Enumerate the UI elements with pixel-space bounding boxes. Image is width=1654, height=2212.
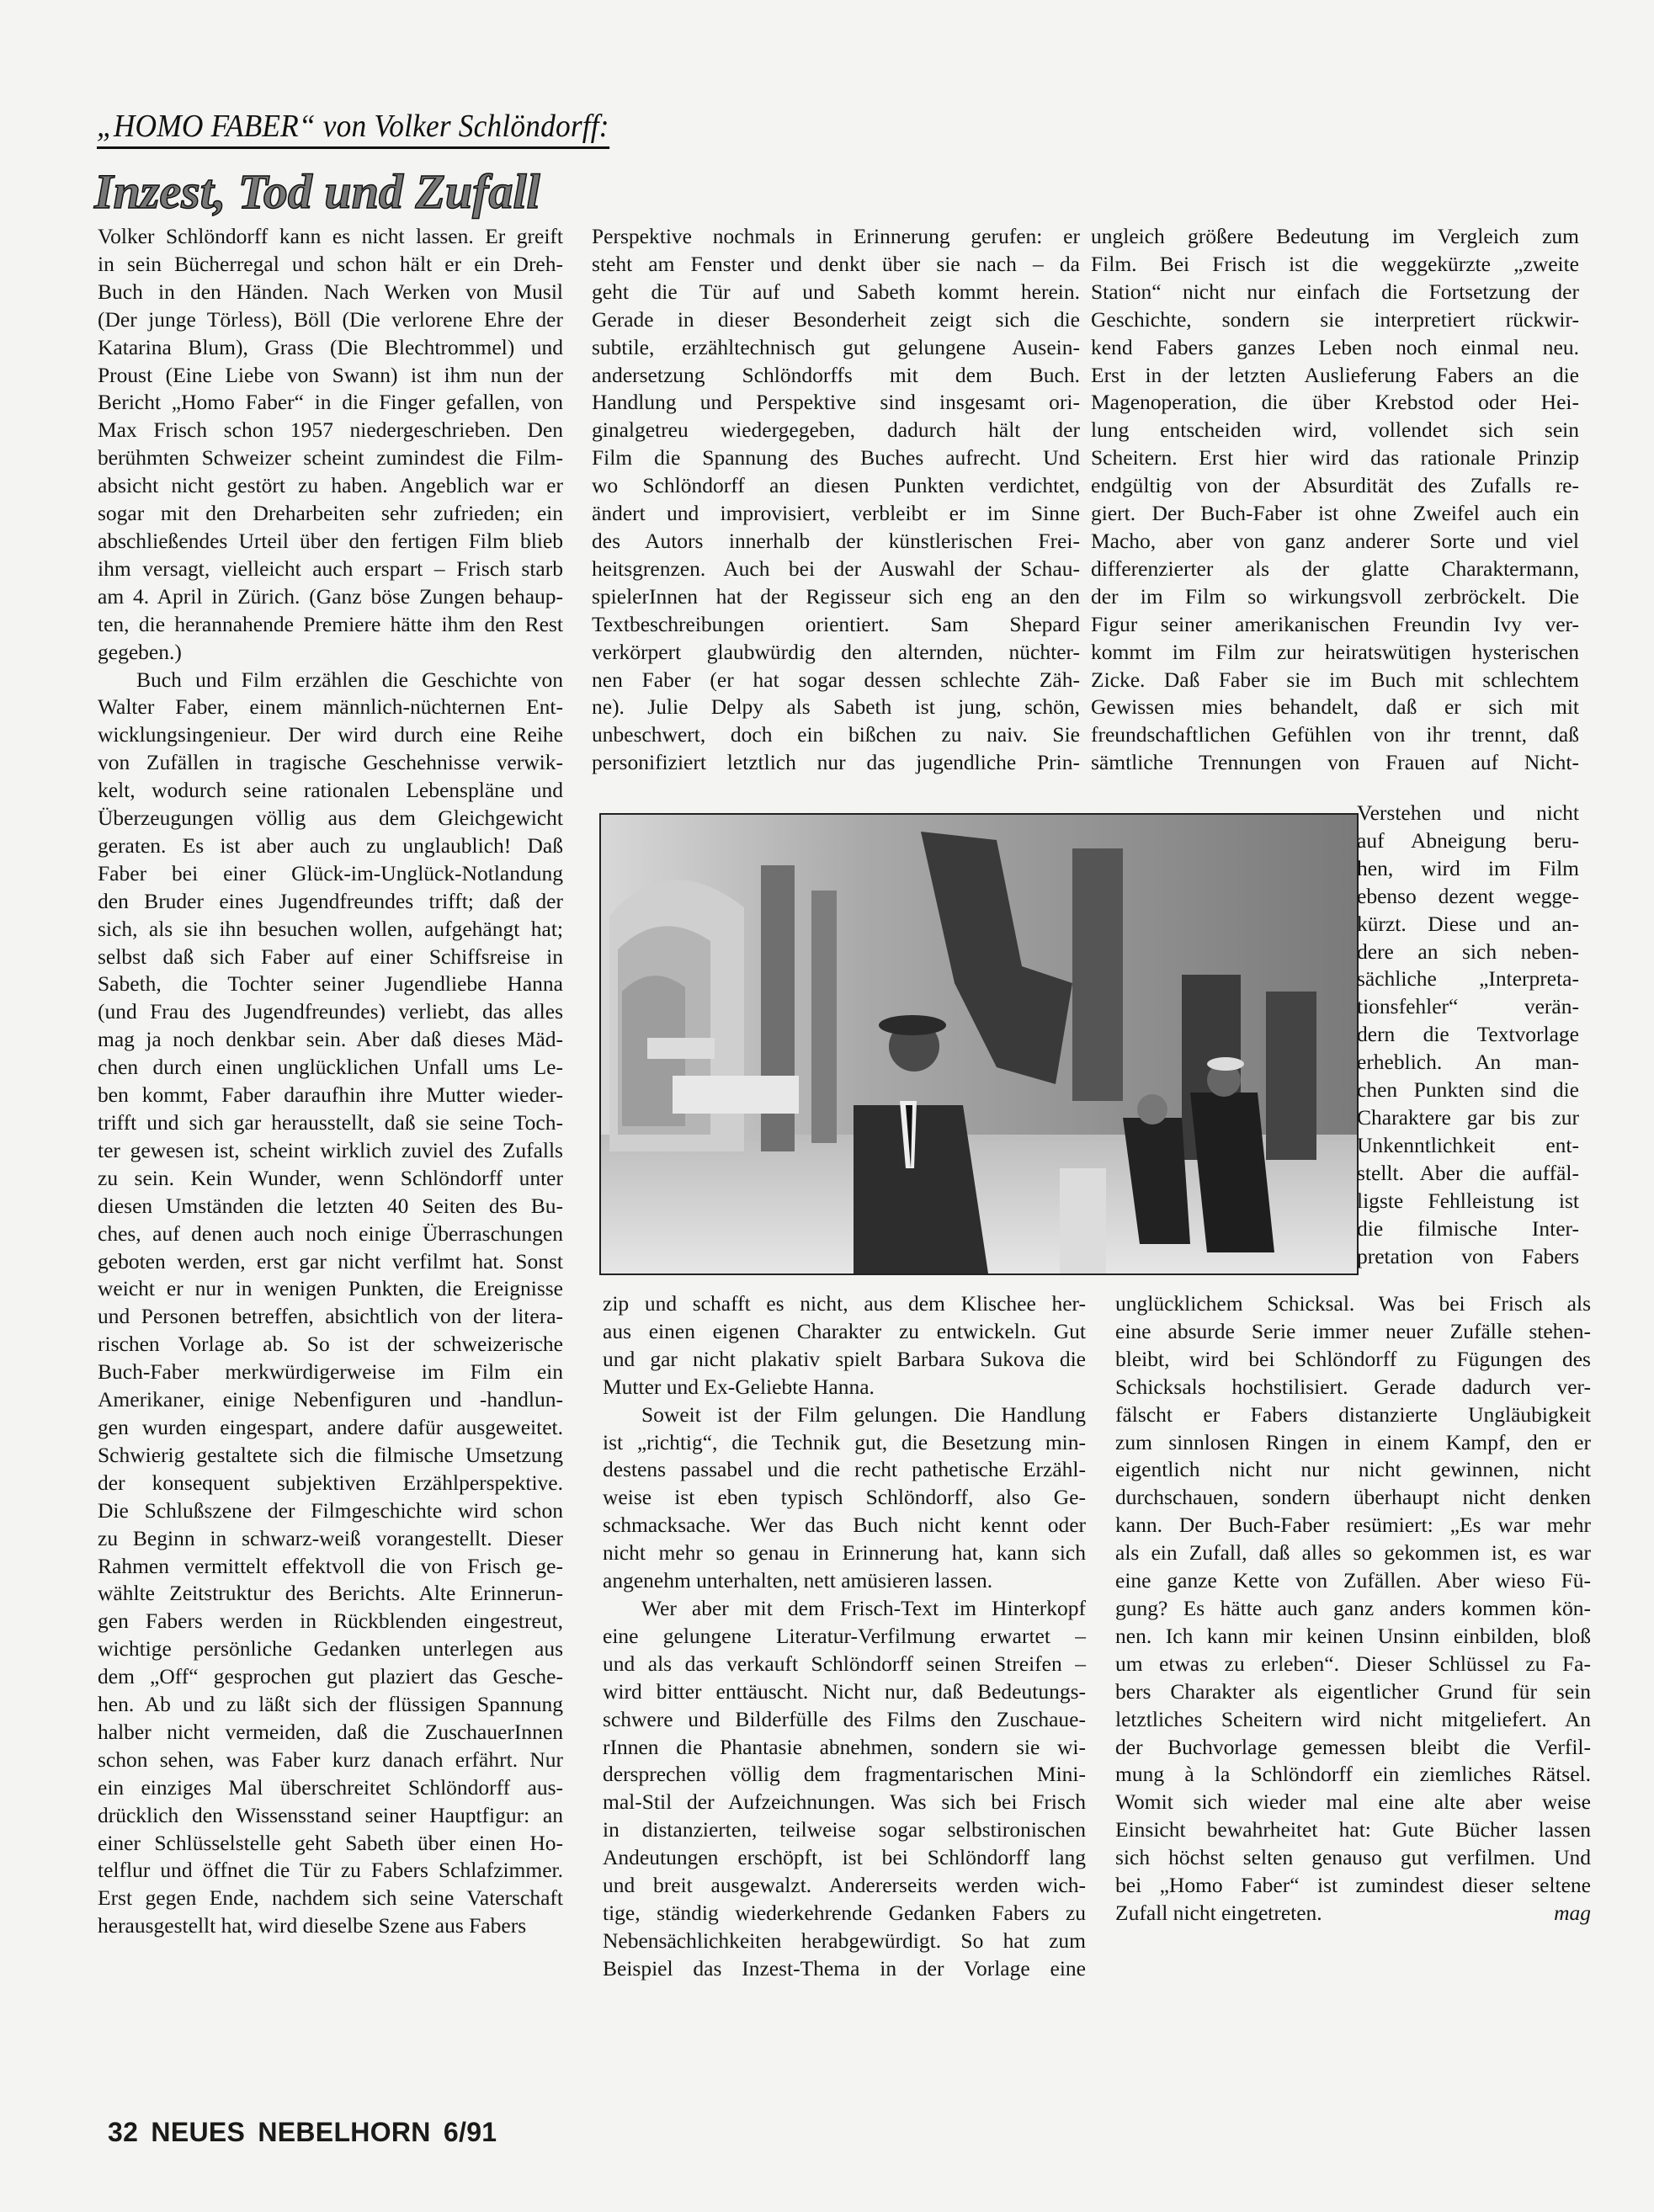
text-line: Erst gegen Ende, nachdem sich seine Vate…: [98, 1885, 563, 1912]
text-line: Andeutungen erschöpft, ist bei Schlöndor…: [603, 1844, 1086, 1872]
text-line: schmacksache. Wer das Buch nicht kennt o…: [603, 1512, 1086, 1539]
text-line: der im Film so wirkungsvoll zerbröckelt.…: [1091, 583, 1579, 611]
text-line: und als das verkauft Schlöndorff seinen …: [603, 1651, 1086, 1678]
text-line: durchschauen, sondern überhaupt nicht de…: [1115, 1484, 1591, 1512]
text-line: Zufall nicht eingetreten.mag: [1115, 1900, 1591, 1928]
text-line: Sabeth, die Tochter seiner Jugendliebe H…: [98, 970, 563, 998]
text-line: Schwierig gestaltete sich die filmische …: [98, 1442, 563, 1470]
text-line: spielerInnen hat der Regisseur sich eng …: [592, 583, 1080, 611]
text-line: Bericht „Homo Faber“ in die Finger gefal…: [98, 389, 563, 417]
text-line: auf Abneigung beru-: [1357, 827, 1579, 855]
text-line: Amerikaner, einige Nebenfiguren und -han…: [98, 1386, 563, 1414]
text-line: Womit sich wieder mal eine alte aber wei…: [1115, 1789, 1591, 1816]
text-line: ne). Julie Delpy als Sabeth ist jung, sc…: [592, 694, 1080, 721]
page-number: 32: [108, 2117, 138, 2147]
text-line: eigentlich nicht nur nicht gewinnen, nic…: [1115, 1456, 1591, 1484]
text-line: schwere und Bilderfülle des Films den Zu…: [603, 1706, 1086, 1734]
text-line: Nebensächlichkeiten herabgewürdigt. So h…: [603, 1928, 1086, 1955]
text-line: ihm versagt, vielleicht auch erspart – F…: [98, 556, 563, 583]
text-line: freundschaftlichen Gefühlen von ihr tren…: [1091, 721, 1579, 749]
text-line: geht die Tür auf und Sabeth kommt herein…: [592, 279, 1080, 306]
text-line: Max Frisch schon 1957 niedergeschrieben.…: [98, 417, 563, 444]
text-line: angenehm unterhalten, nett amüsieren las…: [603, 1567, 1086, 1595]
text-line: geraten. Es ist aber auch zu unglaublich…: [98, 832, 563, 860]
text-line: Gerade in dieser Besonderheit zeigt sich…: [592, 306, 1080, 334]
text-line: gen wurden eingespart, andere dafür ausg…: [98, 1414, 563, 1442]
author-signature: mag: [1554, 1900, 1591, 1928]
page-footer: 32 NEUES NEBELHORN 6/91: [108, 2117, 497, 2148]
text-line: diesen Umständen die letzten 40 Seiten d…: [98, 1193, 563, 1220]
text-line: sich, als sie ihn besuchen wollen, aufge…: [98, 916, 563, 944]
text-line: Soweit ist der Film gelungen. Die Handlu…: [603, 1401, 1086, 1429]
text-line: Schicksals hochstilisiert. Gerade dadurc…: [1115, 1374, 1591, 1401]
text-line: chen Punkten sind die: [1357, 1077, 1579, 1104]
film-still-photo: [599, 813, 1359, 1275]
text-line: kommt im Film zur heiratswütigen hysteri…: [1091, 639, 1579, 667]
text-line: eine gelungene Literatur-Verfilmung erwa…: [603, 1623, 1086, 1651]
text-line: Textbeschreibungen orientiert. Sam Shepa…: [592, 611, 1080, 639]
text-line: bers Charakter als eigentlicher Grund fü…: [1115, 1678, 1591, 1706]
text-line: (und Frau des Jugendfreundes) verliebt, …: [98, 998, 563, 1026]
text-line: sogar mit den Dreharbeiten sehr zufriede…: [98, 500, 563, 528]
text-line: ist „richtig“, die Technik gut, die Bese…: [603, 1429, 1086, 1457]
text-line: kelt, wodurch seine rationalen Lebensplä…: [98, 777, 563, 805]
text-line: ungleich größere Bedeutung im Vergleich …: [1091, 223, 1579, 251]
text-line: Charaktere gar bis zur: [1357, 1104, 1579, 1132]
text-line: rischen Vorlage ab. So ist der schweizer…: [98, 1331, 563, 1359]
text-line: fälscht er Fabers distanzierte Ungläubig…: [1115, 1401, 1591, 1429]
photo-image: [601, 815, 1357, 1273]
text-line: Film die Spannung des Buches aufrecht. U…: [592, 444, 1080, 472]
text-line: nicht mehr so genau in Erinnerung hat, k…: [603, 1539, 1086, 1567]
text-line: sächliche „Interpreta-: [1357, 965, 1579, 993]
text-line: berühmten Schweizer scheint zumindest di…: [98, 444, 563, 472]
text-line: halber nicht vermeiden, daß die Zuschaue…: [98, 1719, 563, 1747]
text-line: in sein Bücherregal und schon hält er ei…: [98, 251, 563, 279]
text-line: letztliches Scheitern wird nicht mitgeli…: [1115, 1706, 1591, 1734]
text-line: mal-Stil der Aufzeichnungen. Was sich be…: [603, 1789, 1086, 1816]
text-line: Rahmen vermittelt effektvoll die von Fri…: [98, 1553, 563, 1581]
text-line: die filmische Inter-: [1357, 1215, 1579, 1243]
text-line: ter gewesen ist, scheint wirklich zuviel…: [98, 1137, 563, 1165]
text-line: Volker Schlöndorff kann es nicht lassen.…: [98, 223, 563, 251]
text-line: wicklungsingenieur. Der wird durch eine …: [98, 721, 563, 749]
text-line: abschließendes Urteil über den fertigen …: [98, 528, 563, 556]
text-line: aus einen eigenen Charakter zu entwickel…: [603, 1318, 1086, 1346]
text-line: zu sein. Kein Wunder, wenn Schlöndorff u…: [98, 1165, 563, 1193]
text-line: absicht nicht gestört zu haben. Angeblic…: [98, 472, 563, 500]
text-line: eine absurde Serie immer neuer Zufälle s…: [1115, 1318, 1591, 1346]
text-line: kürzt. Diese und an-: [1357, 911, 1579, 939]
text-line: und breit ausgewalzt. Andererseits werde…: [603, 1872, 1086, 1900]
text-line: und Personen betreffen, absichtlich von …: [98, 1303, 563, 1331]
text-line: wo Schlöndorff an diesen Punkten verdich…: [592, 472, 1080, 500]
text-line: gung? Es hätte auch ganz anders kommen k…: [1115, 1595, 1591, 1623]
text-line: bei „Homo Faber“ ist zumindest dieser se…: [1115, 1872, 1591, 1900]
article-kicker: „HOMO FABER“ von Volker Schlöndorff:: [97, 108, 609, 149]
text-line: ginalgetreu wiedergegeben, dadurch hält …: [592, 417, 1080, 444]
text-line: Handlung und Perspektive sind insgesamt …: [592, 389, 1080, 417]
text-line: nen Faber (er hat sogar dessen schlechte…: [592, 667, 1080, 694]
text-line: Walter Faber, einem männlich-nüchternen …: [98, 694, 563, 721]
text-line: Buch und Film erzählen die Geschichte vo…: [98, 667, 563, 694]
text-line: wählte Zeitstruktur des Berichts. Alte E…: [98, 1580, 563, 1608]
article-column-3-wrap: Verstehen und nichtauf Abneigung beru-he…: [1357, 800, 1579, 1270]
text-line: Perspektive nochmals in Erinnerung geruf…: [592, 223, 1080, 251]
text-line: ligste Fehlleistung ist: [1357, 1188, 1579, 1215]
text-line: (Der junge Törless), Böll (Die verlorene…: [98, 306, 563, 334]
text-line: der konsequent subjektiven Erzählperspek…: [98, 1470, 563, 1497]
text-line: destens passabel und die recht pathetisc…: [603, 1456, 1086, 1484]
text-line: personifiziert letztlich nur das jugendl…: [592, 749, 1080, 777]
text-line: dersprechen völlig dem fragmentarischen …: [603, 1761, 1086, 1789]
text-line: in distanzierten, teilweise sogar selbst…: [603, 1816, 1086, 1844]
text-line: verkörpert glaubwürdig den alternden, nü…: [592, 639, 1080, 667]
text-line: am 4. April in Zürich. (Ganz böse Zungen…: [98, 583, 563, 611]
text-line: drücklich den Wissensstand seiner Hauptf…: [98, 1802, 563, 1830]
text-line: ten, die herannahende Premiere hätte ihm…: [98, 611, 563, 639]
text-line: von Zufällen in tragische Geschehnisse v…: [98, 749, 563, 777]
text-line: weise ist eben typisch Schlöndorff, also…: [603, 1484, 1086, 1512]
text-line: giert. Der Buch-Faber ist ohne Zweifel a…: [1091, 500, 1579, 528]
text-line: als ein Zufall, daß alles so gekommen is…: [1115, 1539, 1591, 1567]
issue-number: 6/91: [444, 2117, 497, 2147]
text-line: Macho, aber von ganz anderer Sorte und v…: [1091, 528, 1579, 556]
text-line: erheblich. An man-: [1357, 1049, 1579, 1077]
text-line: Mutter und Ex-Geliebte Hanna.: [603, 1374, 1086, 1401]
text-line: hen. Ab und zu läßt sich der flüssigen S…: [98, 1691, 563, 1719]
text-line: Katarina Blum), Grass (Die Blechtrommel)…: [98, 334, 563, 362]
text-line: sich höchst selten genauso gut verfilmen…: [1115, 1844, 1591, 1872]
text-line: chen durch einen unglücklichen Unfall um…: [98, 1054, 563, 1082]
text-line: zip und schafft es nicht, aus dem Klisch…: [603, 1290, 1086, 1318]
article-column-3-bottom: unglücklichem Schicksal. Was bei Frisch …: [1115, 1290, 1591, 1928]
text-line: Buch in den Händen. Nach Werken von Musi…: [98, 279, 563, 306]
text-line: ches, auf denen auch noch einige Überras…: [98, 1220, 563, 1248]
text-line: bleibt, wird bei Schlöndorff zu Fügungen…: [1115, 1346, 1591, 1374]
text-line: pretation von Fabers: [1357, 1243, 1579, 1271]
text-line: herausgestellt hat, wird dieselbe Szene …: [98, 1912, 563, 1940]
article-column-1: Volker Schlöndorff kann es nicht lassen.…: [98, 223, 563, 1940]
text-line: schon sehen, was Faber kurz danach erfäh…: [98, 1747, 563, 1774]
text-line: Beispiel das Inzest-Thema in der Vorlage…: [603, 1955, 1086, 1983]
text-line: Gewissen mies behandelt, daß er sich mit: [1091, 694, 1579, 721]
text-line: Proust (Eine Liebe von Swann) ist ihm nu…: [98, 362, 563, 390]
publication-name: NEUES NEBELHORN: [151, 2117, 430, 2147]
text-line: nen. Ich kann mir keinen Unsinn einbilde…: [1115, 1623, 1591, 1651]
text-line: Unkenntlichkeit ent-: [1357, 1132, 1579, 1160]
article-headline: Inzest, Tod und Zufall: [94, 162, 540, 222]
text-line: telflur und öffnet die Tür zu Fabers Sch…: [98, 1857, 563, 1885]
text-line: des Autors innerhalb der künstlerischen …: [592, 528, 1080, 556]
text-line: eine ganze Kette von Zufällen. Aber wies…: [1115, 1567, 1591, 1595]
text-line: und gar nicht plakativ spielt Barbara Su…: [603, 1346, 1086, 1374]
text-line: einer Schlüsselstelle geht Sabeth über e…: [98, 1830, 563, 1858]
text-line: Film. Bei Frisch ist die weggekürzte „zw…: [1091, 251, 1579, 279]
text-line: Faber bei einer Glück-im-Unglück-Notland…: [98, 860, 563, 888]
article-column-2-top: Perspektive nochmals in Erinnerung geruf…: [592, 223, 1080, 777]
text-line: kann. Der Buch-Faber resümiert: „Es war …: [1115, 1512, 1591, 1539]
text-line: andersetzung Schlöndorffs mit dem Buch.: [592, 362, 1080, 390]
text-line: stellt. Aber die auffäl-: [1357, 1160, 1579, 1188]
text-line: steht am Fenster und denkt über sie nach…: [592, 251, 1080, 279]
text-line: weicht er nur in wenigen Punkten, die Er…: [98, 1275, 563, 1303]
text-line: mag ja noch denkbar sein. Aber daß diese…: [98, 1026, 563, 1054]
text-line: gegeben.): [98, 639, 563, 667]
text-line: Buch-Faber merkwürdigerweise im Film ein: [98, 1359, 563, 1386]
text-line: tige, ständig wiederkehrende Gedanken Fa…: [603, 1900, 1086, 1928]
text-line: rInnen die Phantasie abnehmen, sondern s…: [603, 1734, 1086, 1762]
text-line: Erst in der letzten Auslieferung Fabers …: [1091, 362, 1579, 390]
article-column-3-top: ungleich größere Bedeutung im Vergleich …: [1091, 223, 1579, 777]
text-line: ben kommt, Faber daraufhin ihre Mutter w…: [98, 1082, 563, 1109]
text-line: dern die Textvorlage: [1357, 1021, 1579, 1049]
text-line: Verstehen und nicht: [1357, 800, 1579, 827]
text-line: unglücklichem Schicksal. Was bei Frisch …: [1115, 1290, 1591, 1318]
text-line: Scheitern. Erst hier wird das rationale …: [1091, 444, 1579, 472]
text-line: Einsicht bewahrheitet hat: Gute Bücher l…: [1115, 1816, 1591, 1844]
text-line: Figur seiner amerikanischen Freundin Ivy…: [1091, 611, 1579, 639]
text-line: tionsfehler“ verän-: [1357, 993, 1579, 1021]
text-line: zu Beginn in schwarz-weiß vorangestellt.…: [98, 1525, 563, 1553]
text-line: kend Fabers ganzes Leben noch einmal neu…: [1091, 334, 1579, 362]
text-line: den Bruder eines Jugendfreundes trifft; …: [98, 888, 563, 916]
text-line: Zicke. Daß Faber sie im Buch mit schlech…: [1091, 667, 1579, 694]
text-line: ein einziges Mal überschreitet Schlöndor…: [98, 1774, 563, 1802]
article-column-2-bottom: zip und schafft es nicht, aus dem Klisch…: [603, 1290, 1086, 1983]
text-line: Die Schlußszene der Filmgeschichte wird …: [98, 1497, 563, 1525]
text-line: Wer aber mit dem Frisch-Text im Hinterko…: [603, 1595, 1086, 1623]
text-line: differenzierter als der glatte Charakter…: [1091, 556, 1579, 583]
text-line: endgültig von der Absurdität des Zufalls…: [1091, 472, 1579, 500]
text-line: sämtliche Trennungen von Frauen auf Nich…: [1091, 749, 1579, 777]
text-line: um etwas zu erleben“. Dieser Schlüssel z…: [1115, 1651, 1591, 1678]
text-line: Magenoperation, die über Krebstod oder H…: [1091, 389, 1579, 417]
text-line: selbst daß sich Faber auf einer Schiffsr…: [98, 944, 563, 971]
text-line: dem „Off“ gesprochen gut plaziert das Ge…: [98, 1663, 563, 1691]
text-line: lung entscheiden wird, vollendet sich se…: [1091, 417, 1579, 444]
text-line: wird bitter enttäuscht. Nicht nur, daß B…: [603, 1678, 1086, 1706]
text-line: wichtige persönliche Gedanken unterlegen…: [98, 1635, 563, 1663]
text-line: geboten werden, erst gar nicht verfilmt …: [98, 1248, 563, 1276]
text-line: Station“ nicht nur einfach die Fortsetzu…: [1091, 279, 1579, 306]
text-line: gen Fabers werden in Rückblenden eingest…: [98, 1608, 563, 1635]
text-line: dere an sich neben-: [1357, 939, 1579, 966]
text-line: subtile, erzähltechnisch gut gelungene A…: [592, 334, 1080, 362]
text-line: ändert und improvisiert, verbleibt er im…: [592, 500, 1080, 528]
text-line: der Buchvorlage gemessen bleibt die Verf…: [1115, 1734, 1591, 1762]
text-line: zum sinnlosen Ringen in einem Kampf, den…: [1115, 1429, 1591, 1457]
text-line: heitsgrenzen. Auch bei der Auswahl der S…: [592, 556, 1080, 583]
text-line: trifft und sich gar herausstellt, daß si…: [98, 1109, 563, 1137]
text-line: Überzeugungen völlig aus dem Gleichgewic…: [98, 805, 563, 832]
text-line: hen, wird im Film: [1357, 855, 1579, 883]
text-line: mung à la Schlöndorff ein ziemliches Rät…: [1115, 1761, 1591, 1789]
text-line: ebenso dezent wegge-: [1357, 883, 1579, 911]
text-line: unbeschwert, doch ein bißchen zu naiv. S…: [592, 721, 1080, 749]
text-line: Geschichte, sondern sie interpretiert rü…: [1091, 306, 1579, 334]
